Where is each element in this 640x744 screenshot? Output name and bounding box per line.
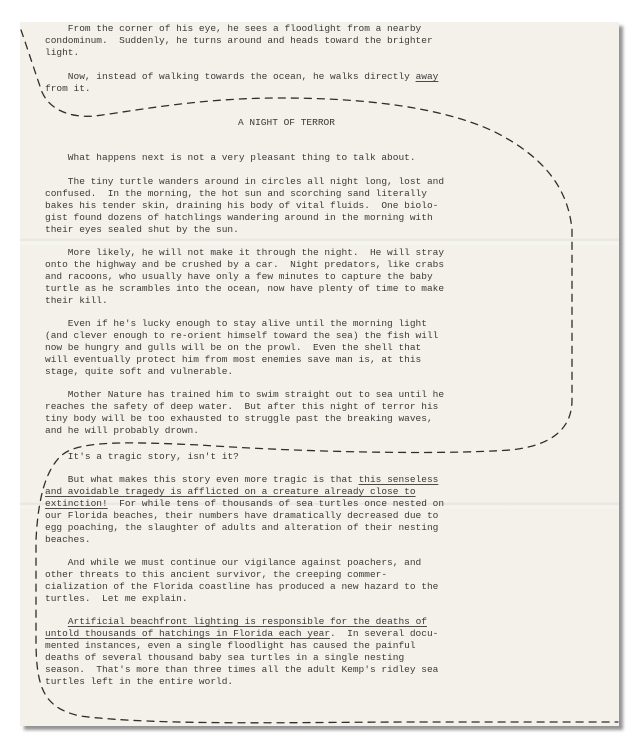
underlined-text: extinction! [45, 498, 108, 509]
paragraph-5: More likely, he will not make it through… [45, 247, 444, 307]
paragraph-10: And while we must continue our vigilance… [45, 557, 438, 605]
paragraph-2: Now, instead of walking towards the ocea… [45, 71, 438, 95]
underlined-text: untold thousands of hatchings in Florida… [45, 628, 330, 639]
underlined-text: Artificial beachfront lighting is respon… [68, 616, 427, 627]
text-run: But what makes this story even more trag… [45, 474, 359, 485]
underlined-text: away [416, 71, 439, 82]
text-run: from it. [45, 83, 91, 94]
section-heading: A NIGHT OF TERROR [238, 117, 335, 129]
paragraph-9: But what makes this story even more trag… [45, 474, 444, 547]
paragraph-7: Mother Nature has trained him to swim st… [45, 389, 444, 437]
paragraph-11: Artificial beachfront lighting is respon… [45, 616, 438, 689]
text-run: Now, instead of walking towards the ocea… [45, 71, 416, 82]
underlined-text: this senseless [359, 474, 439, 485]
paragraph-1: From the corner of his eye, he sees a fl… [45, 23, 433, 59]
paragraph-8: It's a tragic story, isn't it? [45, 451, 239, 463]
underlined-text: and avoidable tragedy is afflicted on a … [45, 486, 416, 497]
text-run [45, 616, 68, 627]
paragraph-4: The tiny turtle wanders around in circle… [45, 176, 444, 236]
paragraph-3: What happens next is not a very pleasant… [45, 152, 416, 164]
paragraph-6: Even if he's lucky enough to stay alive … [45, 318, 438, 378]
